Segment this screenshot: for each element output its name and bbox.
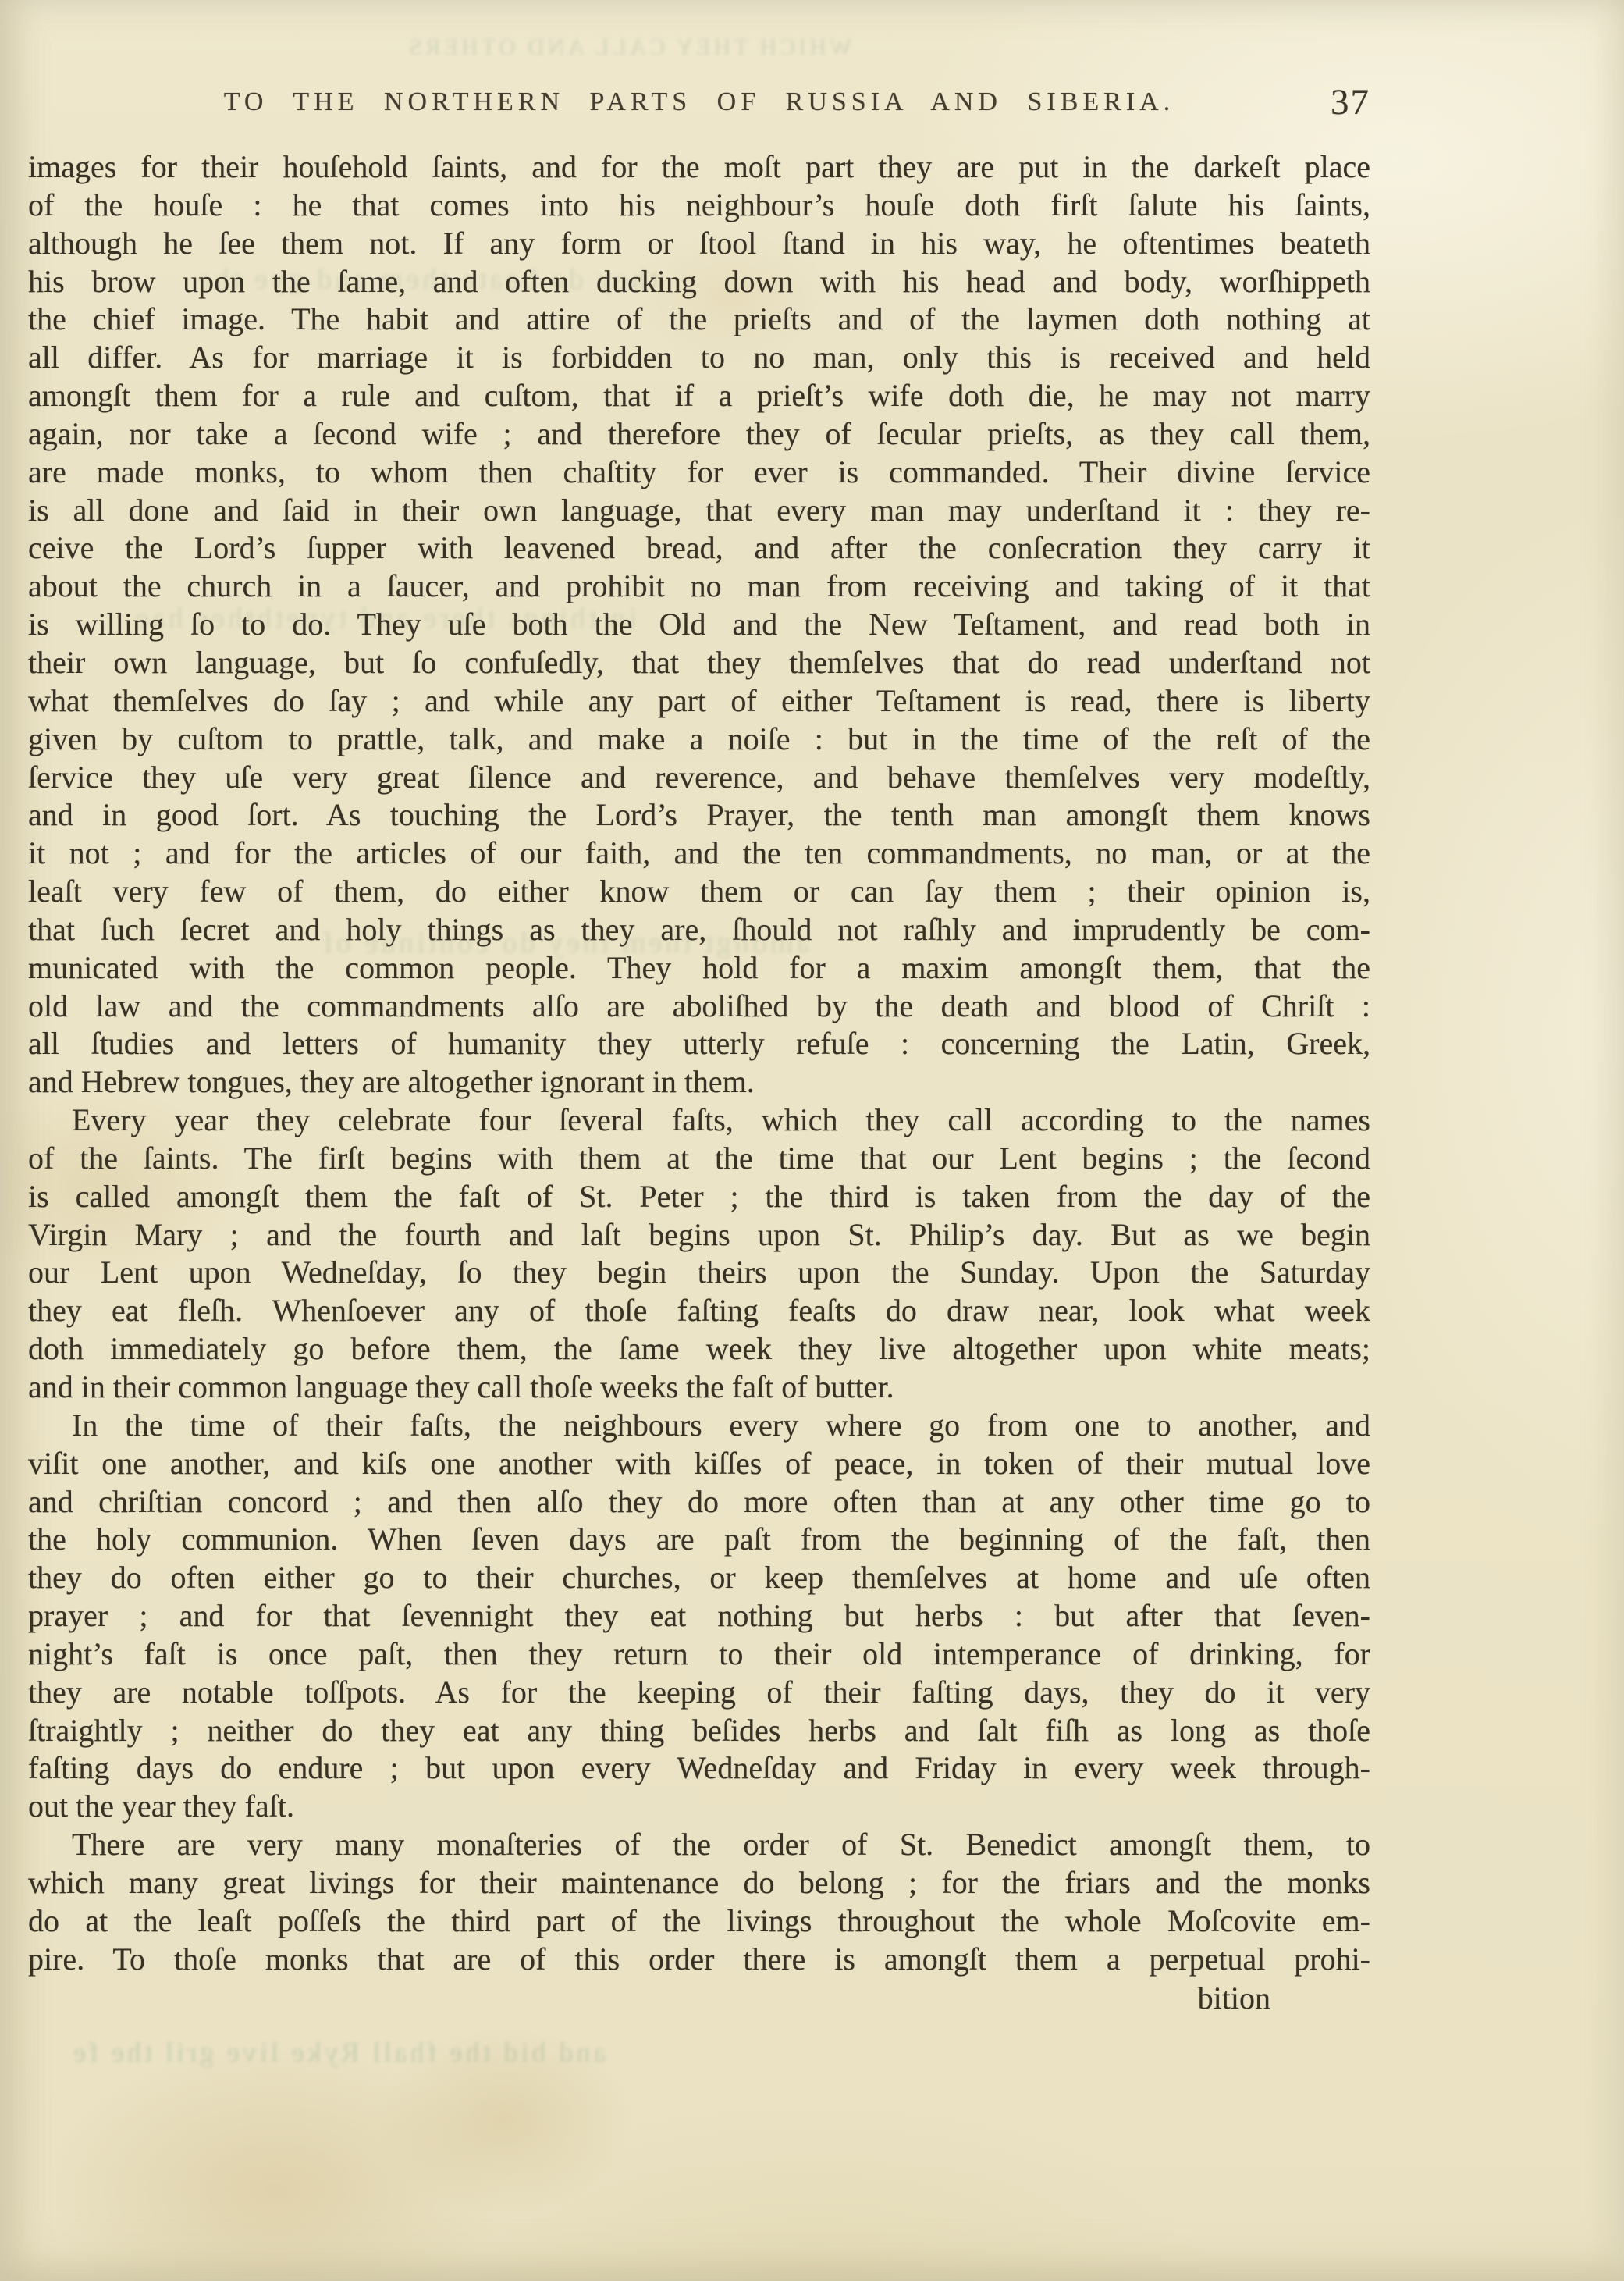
text-block: images for their houſehold ſaints, and f… — [28, 148, 1370, 2017]
text-line: and in good ſort. As touching the Lord’s… — [28, 796, 1370, 834]
text-line: do at the leaſt poſſeſs the third part o… — [28, 1902, 1370, 1941]
text-line: amongſt them for a rule and cuſtom, that… — [28, 377, 1370, 415]
text-line: municated with the common people. They h… — [28, 949, 1370, 987]
text-line: that ſuch ſecret and holy things as they… — [28, 911, 1370, 949]
text-line: There are very many monaſteries of the o… — [28, 1826, 1370, 1864]
text-line: all differ. As for marriage it is forbid… — [28, 339, 1370, 377]
text-line: Every year they celebrate four ſeveral f… — [28, 1101, 1370, 1140]
text-line: night’s faſt is once paſt, then they ret… — [28, 1635, 1370, 1674]
text-line: is all done and ſaid in their own langua… — [28, 492, 1370, 530]
bleedthrough-text: WHICH THEY CALL AND OTHERS — [406, 34, 851, 61]
text-line: viſit one another, and kiſs one another … — [28, 1445, 1370, 1483]
text-line: which many great livings for their maint… — [28, 1864, 1370, 1902]
text-line: pire. To thoſe monks that are of this or… — [28, 1941, 1370, 1979]
page-number: 37 — [1331, 81, 1370, 123]
text-line: they do often either go to their churche… — [28, 1559, 1370, 1597]
text-line: they are notable toſſpots. As for the ke… — [28, 1674, 1370, 1712]
catchword: bition — [28, 1979, 1370, 2017]
text-line: and chriſtian concord ; and then alſo th… — [28, 1483, 1370, 1521]
bleedthrough-text: and bid the fhall Ryke live gril the fe — [70, 2036, 606, 2069]
text-line: ſtraightly ; neither do they eat any thi… — [28, 1712, 1370, 1750]
text-line: is called amongſt them the faſt of St. P… — [28, 1178, 1370, 1216]
text-line: the holy communion. When ſeven days are … — [28, 1521, 1370, 1559]
running-head: TO THE NORTHERN PARTS OF RUSSIA AND SIBE… — [28, 87, 1370, 117]
text-line: prayer ; and for that ſevennight they ea… — [28, 1597, 1370, 1635]
text-line: ſervice they uſe very great ſilence and … — [28, 759, 1370, 797]
text-line: is willing ſo to do. They uſe both the O… — [28, 606, 1370, 644]
text-line: our Lent upon Wedneſday, ſo they begin t… — [28, 1254, 1370, 1292]
page-body: images for their houſehold ſaints, and f… — [28, 148, 1370, 1979]
text-line: given by cuſtom to prattle, talk, and ma… — [28, 721, 1370, 759]
text-line: doth immediately go before them, the ſam… — [28, 1330, 1370, 1368]
text-line: and in their common language they call t… — [28, 1368, 1370, 1407]
text-line: ceive the Lord’s ſupper with leavened br… — [28, 529, 1370, 568]
text-line: the chief image. The habit and attire of… — [28, 301, 1370, 339]
text-line: old law and the commandments alſo are ab… — [28, 987, 1370, 1026]
book-page-scan: WHICH THEY CALL AND OTHERSthey do beate … — [0, 0, 1624, 2281]
text-line: of the houſe : he that comes into his ne… — [28, 187, 1370, 225]
text-line: and Hebrew tongues, they are altogether … — [28, 1063, 1370, 1101]
text-line: Virgin Mary ; and the fourth and laſt be… — [28, 1216, 1370, 1254]
text-line: their own language, but ſo confuſedly, t… — [28, 644, 1370, 682]
text-line: all ſtudies and letters of humanity they… — [28, 1025, 1370, 1063]
text-line: it not ; and for the articles of our fai… — [28, 834, 1370, 873]
text-line: they eat fleſh. Whenſoever any of thoſe … — [28, 1292, 1370, 1330]
text-line: his brow upon the ſame, and often duckin… — [28, 263, 1370, 301]
text-line: In the time of their faſts, the neighbou… — [28, 1407, 1370, 1445]
text-line: faſting days do endure ; but upon every … — [28, 1749, 1370, 1788]
text-line: about the church in a ſaucer, and prohib… — [28, 568, 1370, 606]
text-line: again, nor take a ſecond wife ; and ther… — [28, 415, 1370, 454]
text-line: of the ſaints. The firſt begins with the… — [28, 1140, 1370, 1178]
text-line: images for their houſehold ſaints, and f… — [28, 148, 1370, 187]
text-line: out the year they faſt. — [28, 1788, 1370, 1826]
running-title: TO THE NORTHERN PARTS OF RUSSIA AND SIBE… — [224, 87, 1174, 116]
text-line: are made monks, to whom then chaſtity fo… — [28, 454, 1370, 492]
text-line: what themſelves do ſay ; and while any p… — [28, 682, 1370, 721]
text-line: although he ſee them not. If any form or… — [28, 225, 1370, 263]
text-line: leaſt very few of them, do either know t… — [28, 873, 1370, 911]
